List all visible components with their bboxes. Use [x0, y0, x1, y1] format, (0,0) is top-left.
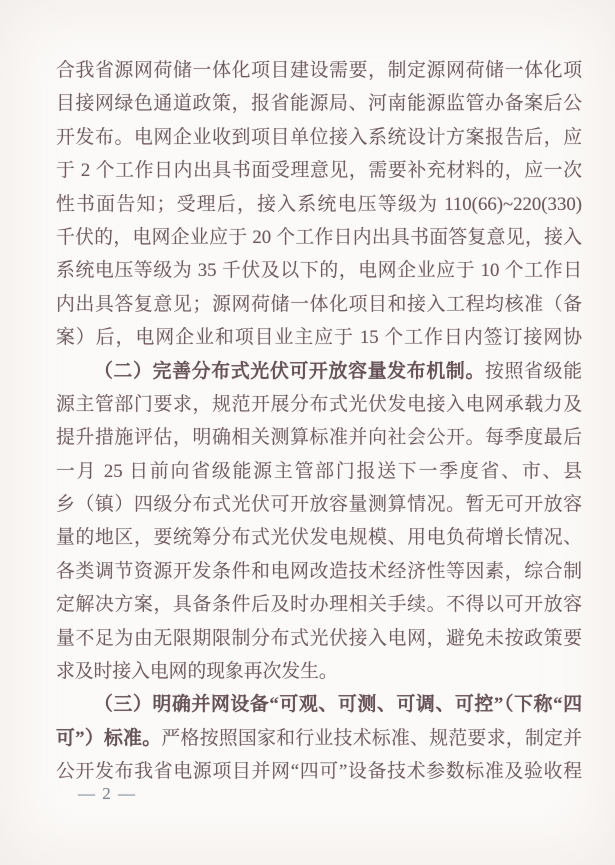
document-line: 求及时接入电网的现象再次发生。: [56, 655, 582, 688]
body-text: 合我省源网荷储一体化项目建设需要，制定源网荷储一体化项: [56, 60, 582, 81]
document-line: 可”）标准。严格按照国家和行业技术标准、规范要求，制定并: [56, 722, 582, 755]
body-text: 千伏的，电网企业应于 20 个工作日内出具书面答复意见，接入: [56, 227, 582, 248]
body-text: 定解决方案，具备条件后及时办理相关手续。不得以可开放容: [56, 594, 582, 615]
section-heading-text: （三）明确并网设备“可观、可测、可调、可控”（下称“四: [94, 694, 582, 715]
document-line: 合我省源网荷储一体化项目建设需要，制定源网荷储一体化项: [56, 54, 582, 87]
document-line: 源主管部门要求，规范开展分布式光伏发电接入电网承载力及: [56, 388, 582, 421]
body-text: 性书面告知；受理后，接入系统电压等级为 110(66)~220(330): [56, 194, 582, 215]
document-line: （二）完善分布式光伏可开放容量发布机制。按照省级能: [56, 355, 582, 388]
document-line: 性书面告知；受理后，接入系统电压等级为 110(66)~220(330): [56, 188, 582, 221]
body-text: 一月 25 日前向省级能源主管部门报送下一季度省、市、县（区）、: [56, 461, 582, 488]
document-line: 一月 25 日前向省级能源主管部门报送下一季度省、市、县（区）、: [56, 455, 582, 488]
body-text: 乡（镇）四级分布式光伏可开放容量测算情况。暂无可开放容: [56, 494, 582, 515]
page-number: — 2 —: [78, 782, 137, 806]
body-text: 严格按照国家和行业技术标准、规范要求，制定并: [161, 728, 582, 749]
body-text: 量的地区，要统筹分布式光伏发电规模、用电负荷增长情况、: [56, 527, 582, 548]
body-text: 系统电压等级为 35 千伏及以下的，电网企业应于 10 个工作日: [56, 260, 582, 281]
document-line: 开发布。电网企业收到项目单位接入系统设计方案报告后，应: [56, 121, 582, 154]
document-line: 内出具答复意见；源网荷储一体化项目和接入工程均核准（备: [56, 288, 582, 321]
body-text: 各类调节资源开发条件和电网改造技术经济性等因素，综合制: [56, 561, 582, 582]
document-line: 定解决方案，具备条件后及时办理相关手续。不得以可开放容: [56, 588, 582, 621]
document-page: 合我省源网荷储一体化项目建设需要，制定源网荷储一体化项目接网绿色通道政策，报省能…: [0, 0, 615, 865]
document-line: 提升措施评估，明确相关测算标准并向社会公开。每季度最后: [56, 421, 582, 454]
document-line: 于 2 个工作日内出具书面受理意见，需要补充材料的，应一次: [56, 154, 582, 187]
document-line: （三）明确并网设备“可观、可测、可调、可控”（下称“四: [56, 688, 582, 721]
document-line: 各类调节资源开发条件和电网改造技术经济性等因素，综合制: [56, 555, 582, 588]
document-line: 千伏的，电网企业应于 20 个工作日内出具书面答复意见，接入: [56, 221, 582, 254]
section-heading-text: （二）完善分布式光伏可开放容量发布机制。: [94, 361, 485, 382]
body-text: 内出具答复意见；源网荷储一体化项目和接入工程均核准（备: [56, 294, 582, 315]
body-text: 开发布。电网企业收到项目单位接入系统设计方案报告后，应: [56, 127, 582, 148]
body-text: 于 2 个工作日内出具书面受理意见，需要补充材料的，应一次: [56, 160, 582, 181]
body-text: 源主管部门要求，规范开展分布式光伏发电接入电网承载力及: [56, 394, 582, 415]
document-line: 量不足为由无限期限制分布式光伏接入电网，避免未按政策要: [56, 622, 582, 655]
body-text: 按照省级能: [485, 361, 582, 382]
document-line: 乡（镇）四级分布式光伏可开放容量测算情况。暂无可开放容: [56, 488, 582, 521]
document-line: 目接网绿色通道政策，报省能源局、河南能源监管办备案后公: [56, 87, 582, 120]
body-text: 公开发布我省电源项目并网“四可”设备技术参数标准及验收程: [56, 761, 582, 782]
body-text: 提升措施评估，明确相关测算标准并向社会公开。每季度最后: [56, 427, 582, 448]
section-heading-text: 可”）标准。: [56, 728, 161, 749]
document-line: 案）后，电网企业和项目业主应于 15 个工作日内签订接网协议。: [56, 321, 582, 354]
body-text: 案）后，电网企业和项目业主应于 15 个工作日内签订接网协议。: [56, 327, 582, 354]
body-text: 目接网绿色通道政策，报省能源局、河南能源监管办备案后公: [56, 93, 582, 114]
body-text: 量不足为由无限期限制分布式光伏接入电网，避免未按政策要: [56, 628, 582, 649]
body-text: 求及时接入电网的现象再次发生。: [56, 661, 338, 682]
document-line: 量的地区，要统筹分布式光伏发电规模、用电负荷增长情况、: [56, 521, 582, 554]
document-line: 系统电压等级为 35 千伏及以下的，电网企业应于 10 个工作日: [56, 254, 582, 287]
document-body: 合我省源网荷储一体化项目建设需要，制定源网荷储一体化项目接网绿色通道政策，报省能…: [56, 54, 582, 789]
